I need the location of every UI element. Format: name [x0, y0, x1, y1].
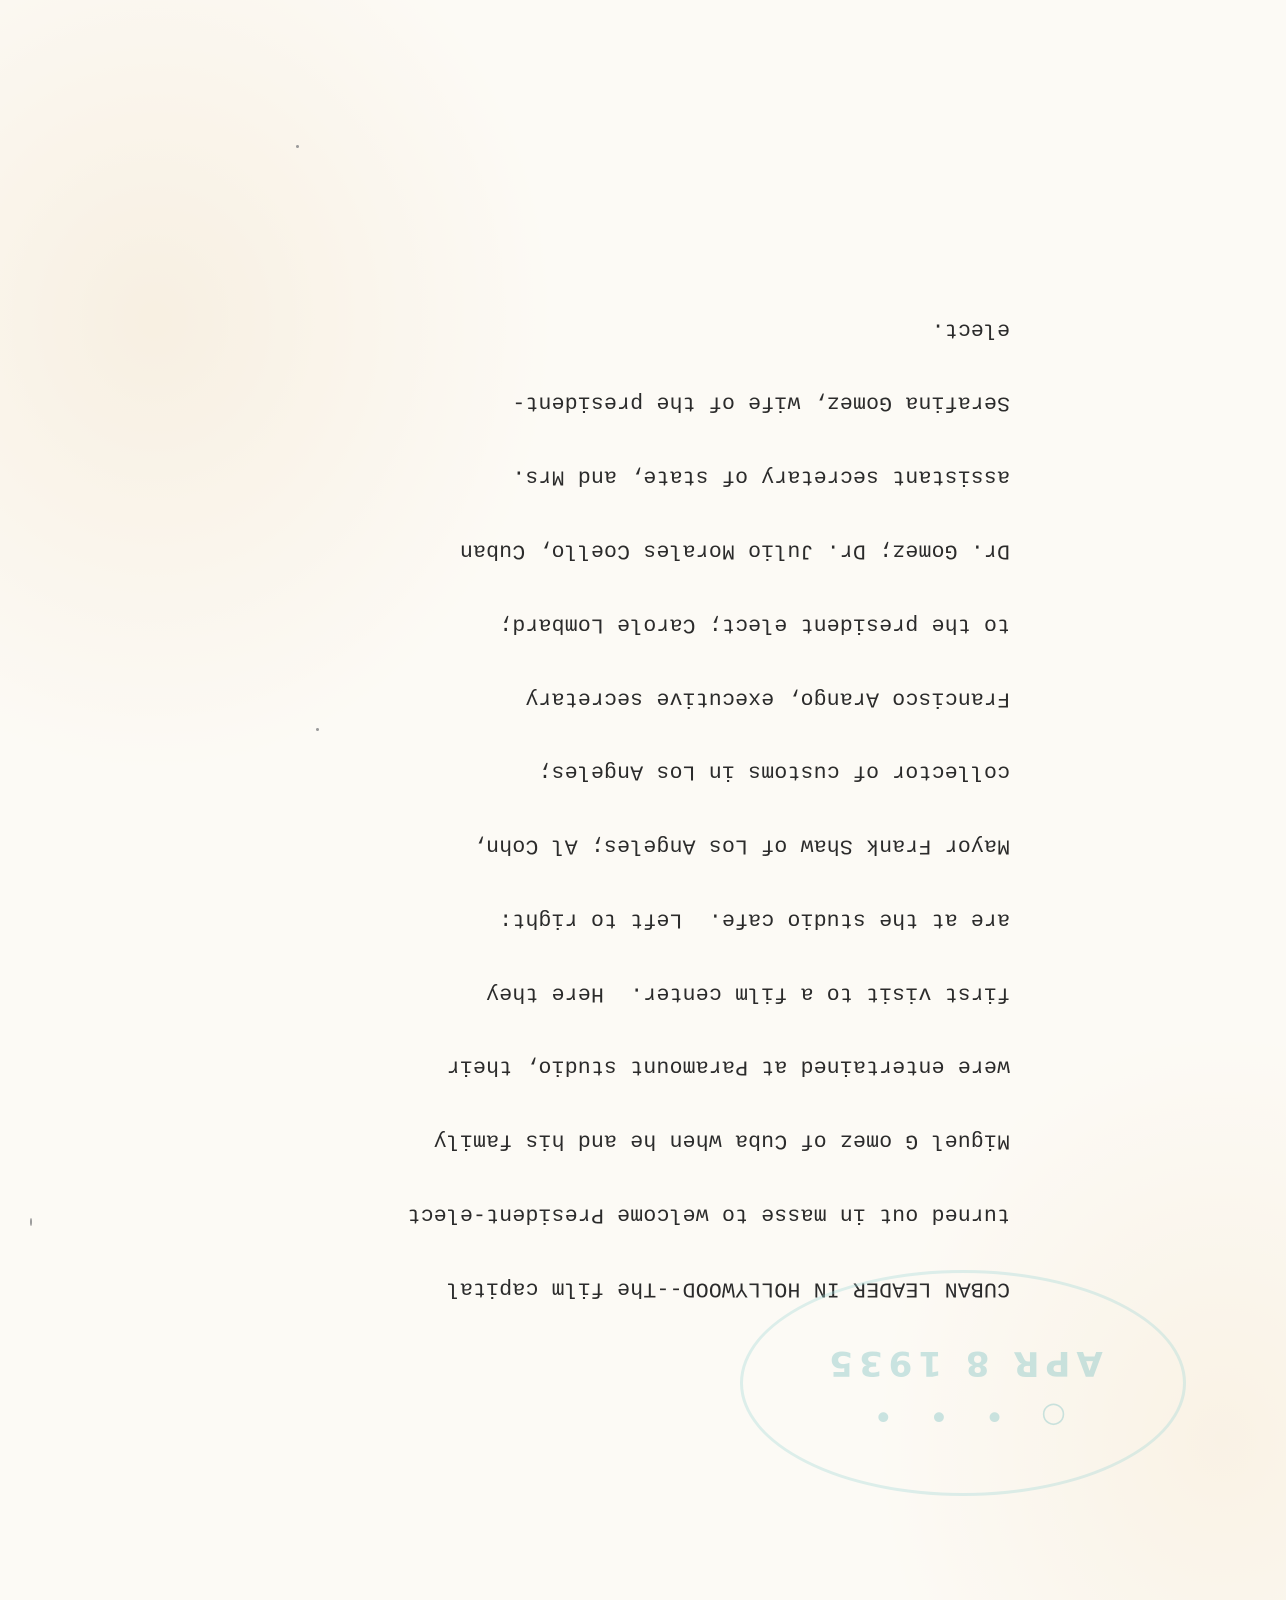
caption-line: first visit to a film center. Here they [262, 981, 1010, 1006]
paper-speck [316, 728, 319, 731]
caption-line: Miguel G omez of Cuba when he and his fa… [262, 1128, 1010, 1153]
stamp-date: APR 8 1935 [743, 1343, 1183, 1383]
date-stamp: ○ • • • APR 8 1935 [740, 1270, 1186, 1496]
caption-line: Mayor Frank Shaw of Los Angeles; Al Cohn… [262, 833, 1010, 858]
caption-line: collector of customs in Los Angeles; [262, 759, 1010, 784]
caption-line: were entertained at Paramount studio, th… [262, 1054, 1010, 1079]
caption-line: are at the studio cafe. Left to right: [262, 907, 1010, 932]
typewritten-caption: CUBAN LEADER IN HOLLYWOOD--The film capi… [262, 292, 1010, 1350]
paper-speck [30, 1218, 32, 1226]
caption-line: to the president elect; Carole Lombard; [262, 612, 1010, 637]
caption-line: turned out in masse to welcome President… [262, 1202, 1010, 1227]
caption-line: Serafina Gomez, wife of the president- [262, 390, 1010, 415]
stamp-top-text: ○ • • • [743, 1400, 1183, 1433]
caption-line: assistant secretary of state, and Mrs. [262, 464, 1010, 489]
caption-line: Dr. Gomez; Dr. Julio Morales Coello, Cub… [262, 538, 1010, 563]
paper-speck [296, 145, 299, 148]
caption-line: elect. [262, 317, 1010, 342]
caption-line: Francisco Arango, executive secretary [262, 686, 1010, 711]
